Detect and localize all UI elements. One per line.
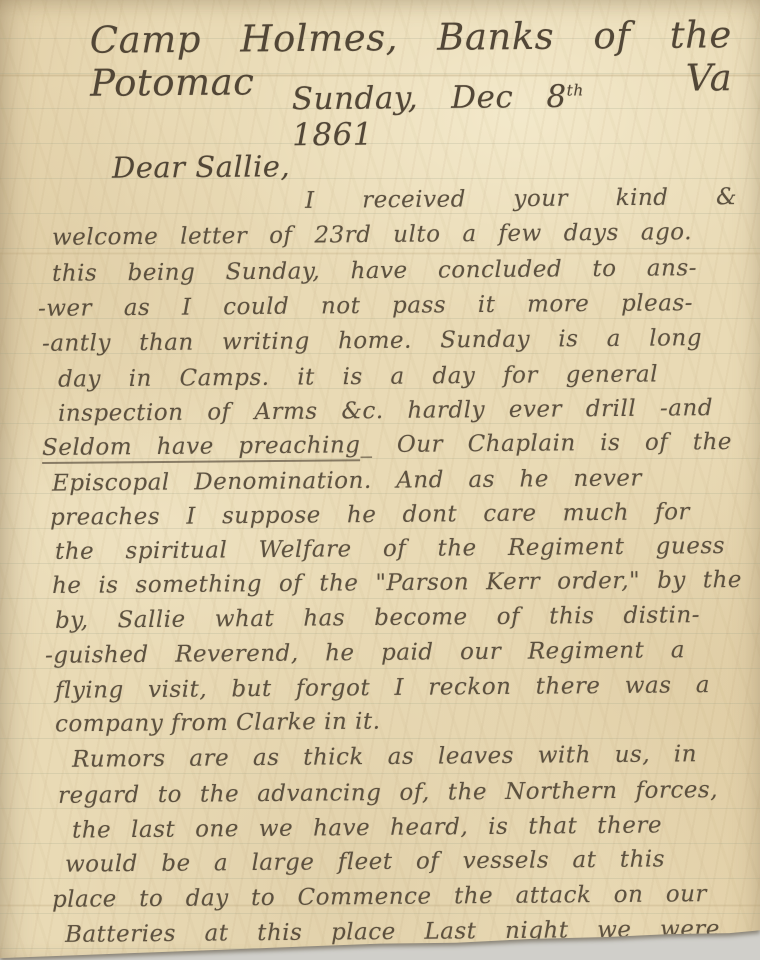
letter-line: day in Camps. it is a day for general <box>58 361 658 392</box>
letter-line: he is something of the "Parson Kerr orde… <box>52 567 742 599</box>
scan-background: Camp Holmes, Banks of the Potomac Va Sun… <box>0 0 760 960</box>
letter-line: -antly than writing home. Sunday is a lo… <box>42 325 702 357</box>
letter-heading-date: Sunday, Dec 8th 1861 <box>292 79 585 154</box>
paper-surface: Camp Holmes, Banks of the Potomac Va Sun… <box>0 0 760 960</box>
letter-line: regard to the advancing of, the Northern… <box>58 777 718 809</box>
date-year: 1861 <box>292 117 373 154</box>
paper-crease <box>0 252 760 255</box>
letter-line: flying visit, but forgot I reckon there … <box>55 672 710 704</box>
letter-line: would be a large fleet of vessels at thi… <box>65 846 665 877</box>
letter-line: the last one we have heard, is that ther… <box>72 812 662 843</box>
date-prefix: Sunday, Dec 8 <box>292 79 567 117</box>
letter-opening-line: I received your kind & <box>305 184 737 214</box>
letter-line: inspection of Arms &c. hardly ever drill… <box>58 395 713 427</box>
letter-line: preaches I suppose he dont care much for <box>50 499 690 531</box>
letter-line: Batteries at this place Last night we we… <box>65 916 720 948</box>
letter-line: welcome letter of 23rd ulto a few days a… <box>52 219 692 251</box>
letter-line: -wer as I could not pass it more pleas- <box>38 290 693 322</box>
letter-line: Seldom have preaching_ Our Chaplain is o… <box>42 429 732 461</box>
letter-line: Rumors are as thick as leaves with us, i… <box>72 741 697 772</box>
letter-line: -guished Reverend, he paid our Regiment … <box>45 637 685 669</box>
letter-line: company from Clarke in it. <box>55 709 381 738</box>
letter-line: by, Sallie what has become of this disti… <box>55 602 700 634</box>
letter-salutation: Dear Sallie, <box>112 149 290 185</box>
date-ordinal-superscript: th <box>566 81 583 99</box>
letter-line: Episcopal Denomination. And as he never <box>52 465 642 496</box>
letter-line: this being Sunday, have concluded to ans… <box>52 255 697 287</box>
letter-line: the spiritual Welfare of the Regiment gu… <box>55 533 725 565</box>
letter-page: Camp Holmes, Banks of the Potomac Va Sun… <box>0 0 760 960</box>
letter-line: place to day to Commence the attack on o… <box>52 881 707 913</box>
